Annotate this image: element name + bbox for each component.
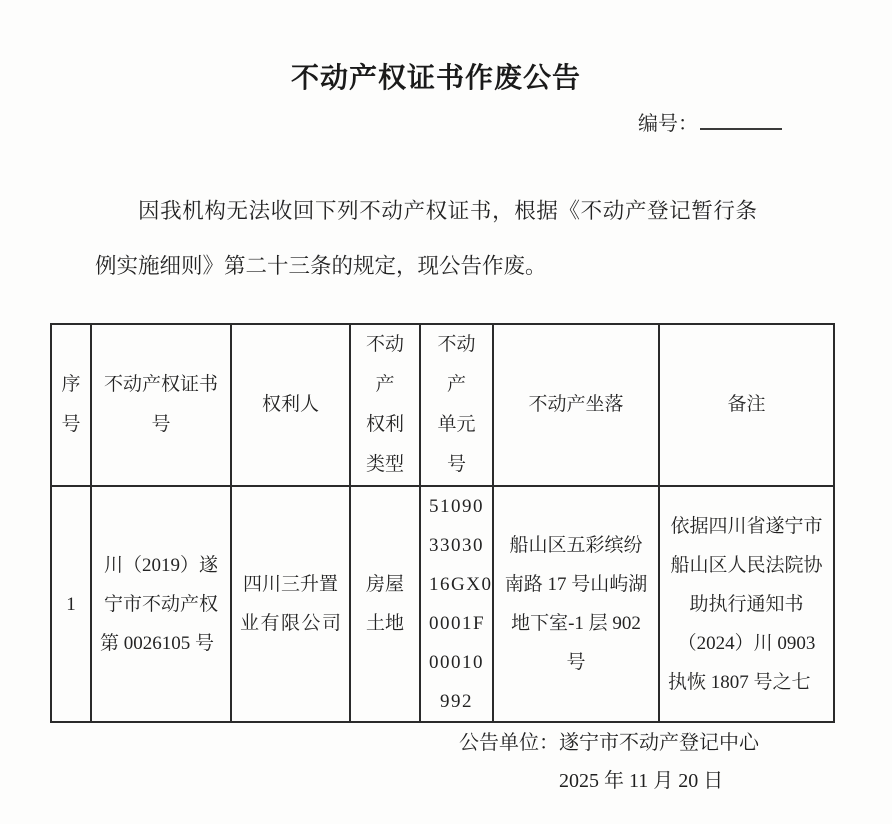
col-header-seq: 序 号	[51, 324, 91, 486]
cell-right-type: 房屋 土地	[350, 486, 420, 722]
col-header-right-type: 不动产 权利 类型	[350, 324, 420, 486]
issuer-line: 公告单位：遂宁市不动产登记中心	[459, 726, 759, 755]
col-header-cert-no: 不动产权证书 号	[91, 324, 231, 486]
col-header-location: 不动产坐落	[493, 324, 659, 486]
certificates-table: 序 号 不动产权证书 号 权利人 不动产 权利 类型 不动产 单元 号 不动产坐…	[50, 323, 835, 723]
cell-holder: 四川三升置业有限公司	[231, 486, 350, 722]
cell-unit-no: 51090 33030 16GX0 0001F 00010 992	[420, 486, 493, 722]
col-header-holder: 权利人	[231, 324, 350, 486]
notice-body: 因我机构无法收回下列不动产权证书，根据《不动产登记暂行条例实施细则》第二十三条的…	[95, 184, 757, 294]
cell-seq: 1	[51, 486, 91, 722]
cell-cert-no: 川（2019）遂宁市不动产权第 0026105 号	[91, 486, 231, 722]
cell-location: 船山区五彩缤纷南路 17 号山屿湖地下室-1 层 902 号	[493, 486, 659, 722]
table-header-row: 序 号 不动产权证书 号 权利人 不动产 权利 类型 不动产 单元 号 不动产坐…	[51, 324, 834, 486]
table-row: 1 川（2019）遂宁市不动产权第 0026105 号 四川三升置业有限公司 房…	[51, 486, 834, 722]
col-header-remark: 备注	[659, 324, 834, 486]
serial-number: 编号：	[638, 106, 782, 136]
serial-number-label: 编号：	[638, 113, 698, 135]
notice-page: 不动产权证书作废公告 编号： 因我机构无法收回下列不动产权证书，根据《不动产登记…	[0, 0, 892, 824]
cell-remark: 依据四川省遂宁市船山区人民法院协助执行通知书（2024）川 0903 执恢 18…	[659, 486, 834, 722]
notice-title: 不动产权证书作废公告	[0, 56, 872, 96]
serial-number-blank	[700, 106, 782, 130]
col-header-unit-no: 不动产 单元 号	[420, 324, 493, 486]
issue-date: 2025 年 11 月 20 日	[559, 764, 723, 793]
